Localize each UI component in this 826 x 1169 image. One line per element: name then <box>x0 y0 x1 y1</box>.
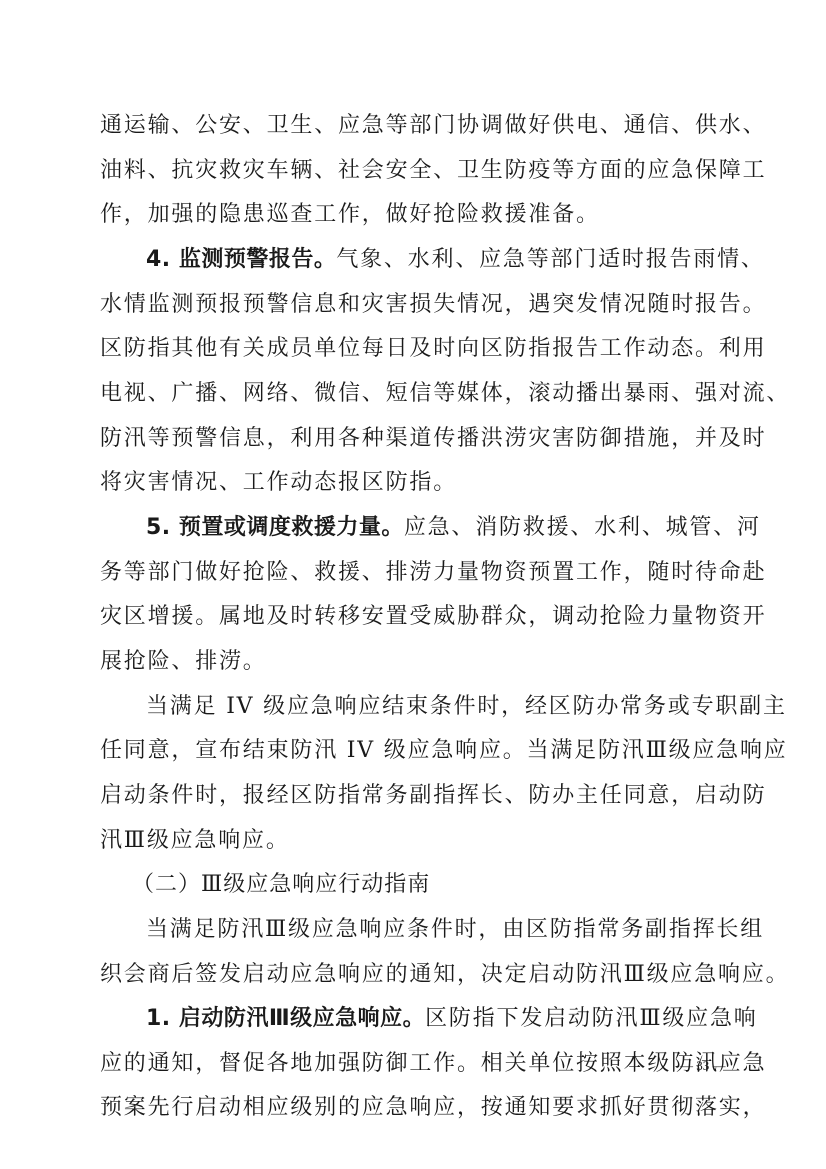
paragraph-line: 将灾害情况、工作动态报区防指。 <box>100 468 732 498</box>
section-4-text: 气象、水利、应急等部门适时报告雨情、 <box>336 247 764 272</box>
paragraph-line: 当满足 IV 级应急响应结束条件时，经区防办常务或专职副主 <box>100 692 732 722</box>
paragraph-line: 启动条件时，报经区防指常务副指挥长、防办主任同意，启动防 <box>100 781 732 811</box>
paragraph-line: 任同意，宣布结束防汛 IV 级应急响应。当满足防汛Ⅲ级应急响应 <box>100 736 732 766</box>
paragraph-line: 预案先行启动相应级别的应急响应，按通知要求抓好贯彻落实， <box>100 1093 732 1123</box>
section-5-heading-line: 5. 预置或调度救援力量。应急、消防救援、水利、城管、河 <box>100 513 732 543</box>
section-1-text: 区防指下发启动防汛Ⅲ级应急响 <box>425 1006 757 1031</box>
page-number: — 33 — <box>680 1058 726 1074</box>
paragraph-line: 作，加强的隐患巡查工作，做好抢险救援准备。 <box>100 200 732 230</box>
section-5-title: 5. 预置或调度救援力量。 <box>146 515 404 540</box>
section-1-heading-line: 1. 启动防汛Ⅲ级应急响应。区防指下发启动防汛Ⅲ级应急响 <box>100 1004 732 1034</box>
paragraph-line: 油料、抗灾救灾车辆、社会安全、卫生防疫等方面的应急保障工 <box>100 156 732 186</box>
paragraph-line: 水情监测预报预警信息和灾害损失情况，遇突发情况随时报告。 <box>100 290 732 320</box>
paragraph-line: 织会商后签发启动应急响应的通知，决定启动防汛Ⅲ级应急响应。 <box>100 960 732 990</box>
section-4-heading-line: 4. 监测预警报告。气象、水利、应急等部门适时报告雨情、 <box>100 245 732 275</box>
paragraph-line: 防汛等预警信息，利用各种渠道传播洪涝灾害防御措施，并及时 <box>100 424 732 454</box>
subsection-heading: （二）Ⅲ级应急响应行动指南 <box>132 870 732 900</box>
paragraph-line: 灾区增援。属地及时转移安置受威胁群众，调动抢险力量物资开 <box>100 602 732 632</box>
document-page: 通运输、公安、卫生、应急等部门协调做好供电、通信、供水、 油料、抗灾救灾车辆、社… <box>0 0 826 1169</box>
paragraph-line: 务等部门做好抢险、救援、排涝力量物资预置工作，随时待命赴 <box>100 558 732 588</box>
paragraph-line: 展抢险、排涝。 <box>100 647 732 677</box>
section-1-title: 1. 启动防汛Ⅲ级应急响应。 <box>146 1006 425 1031</box>
paragraph-line: 汛Ⅲ级应急响应。 <box>100 826 732 856</box>
paragraph-line: 当满足防汛Ⅲ级应急响应条件时，由区防指常务副指挥长组 <box>100 915 732 945</box>
section-4-title: 4. 监测预警报告。 <box>146 247 336 272</box>
section-5-text: 应急、消防救援、水利、城管、河 <box>404 515 761 540</box>
paragraph-line: 应的通知，督促各地加强防御工作。相关单位按照本级防汛应急 <box>100 1049 732 1079</box>
paragraph-line: 电视、广播、网络、微信、短信等媒体，滚动播出暴雨、强对流、 <box>100 379 732 409</box>
paragraph-line: 区防指其他有关成员单位每日及时向区防指报告工作动态。利用 <box>100 334 732 364</box>
paragraph-line: 通运输、公安、卫生、应急等部门协调做好供电、通信、供水、 <box>100 111 732 141</box>
